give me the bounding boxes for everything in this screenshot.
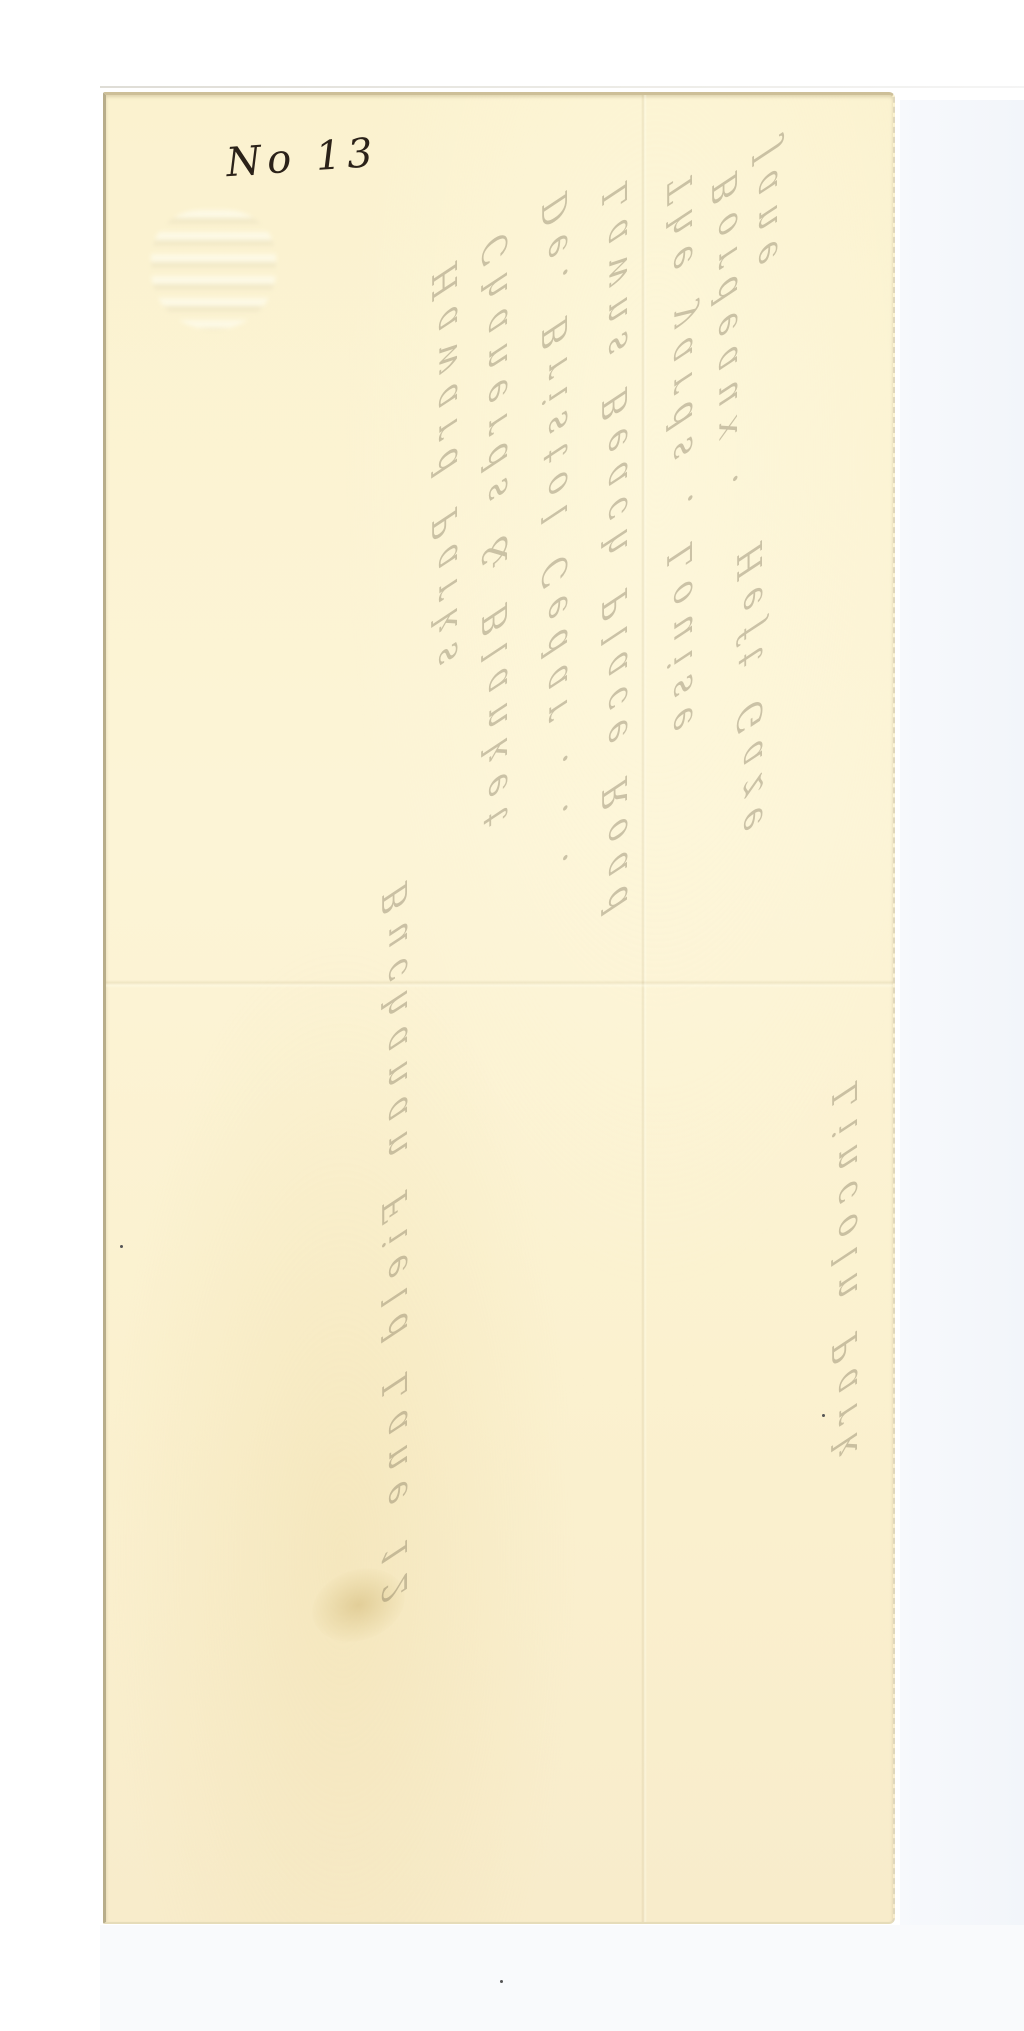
scanner-edge-line xyxy=(100,86,1024,88)
bleed-line: Haward Parks xyxy=(426,256,466,687)
dust-speck xyxy=(822,1414,825,1417)
scan-background-right xyxy=(900,100,1024,1930)
bleed-line: Jane xyxy=(746,136,786,287)
bleed-line: Buchanan Field Lane 12 xyxy=(376,876,416,1623)
scan-background-bottom xyxy=(100,1925,1024,2031)
bleed-line: De. Bristol Cedar . . . xyxy=(536,186,576,890)
dust-speck xyxy=(120,1245,123,1248)
bleed-through-text: Jane Bordeaux . Heft Gaze Lincoln Park T… xyxy=(106,95,893,1922)
water-stain xyxy=(302,1556,415,1654)
bleed-line: Heft Gaze xyxy=(731,536,771,853)
document-number: No 13 xyxy=(225,130,381,187)
embossed-seal xyxy=(151,210,276,330)
vertical-fold xyxy=(641,95,647,1922)
dust-speck xyxy=(500,1980,503,1983)
bleed-line: Lincoln Park xyxy=(826,1076,866,1480)
document-page: No 13 Jane Bordeaux . Heft Gaze Lincoln … xyxy=(103,92,895,1924)
bleed-line: The yards . Louise xyxy=(661,166,701,753)
bleed-line: Lawns Beach Place Road xyxy=(596,176,636,934)
bleed-line: Bordeaux . xyxy=(706,166,746,511)
bleed-line: Chanerds & Blanket xyxy=(476,226,516,847)
horizontal-fold xyxy=(106,980,893,988)
